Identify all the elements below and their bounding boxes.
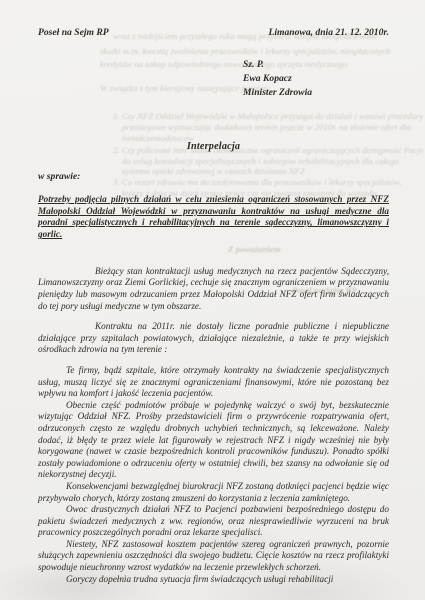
body-paragraph: Goryczy dopełnia trudna sytuacja firm św…	[38, 574, 389, 586]
body-paragraph: Kontraktu na 2011r. nie dostały liczne p…	[38, 321, 389, 356]
body-paragraph: Konsekwencjami bezwzględnej biurokracji …	[38, 481, 389, 504]
body-paragraph: Bieżący stan kontraktacji usług medyczny…	[38, 266, 389, 312]
addressee-title: Minister Zdrowia	[243, 86, 389, 100]
letter-body: Bieżący stan kontraktacji usług medyczny…	[38, 266, 389, 585]
letter-content: Poseł na Sejm RP Limanowa, dnia 21. 12. …	[0, 0, 425, 600]
body-paragraph: Obecnie część podmiotów próbuje w pojedy…	[38, 400, 389, 481]
sender-line: Poseł na Sejm RP	[38, 27, 109, 39]
body-paragraph: Niestety, NFZ zastosował kosztem pacjent…	[38, 539, 389, 574]
addressee-salutation: Sz. P.	[243, 58, 389, 72]
body-paragraph: Owoc drastycznych działań NFZ to Pacjenc…	[38, 504, 389, 539]
scanned-letter-page: wraz z nadejściem przyszłego roku mogą p…	[0, 0, 425, 600]
addressee-name: Ewa Kopacz	[243, 72, 389, 86]
dateline: Limanowa, dnia 21. 12. 2010r.	[269, 27, 389, 39]
letter-header: Poseł na Sejm RP Limanowa, dnia 21. 12. …	[38, 27, 389, 39]
subject-text: Potrzeby podjęcia pilnych działań w celu…	[38, 194, 389, 241]
subject-label: w sprawie:	[38, 171, 389, 183]
addressee-block: Sz. P. Ewa Kopacz Minister Zdrowia	[243, 58, 389, 100]
letter-heading: Interpelacja	[38, 141, 389, 153]
body-paragraph: Te firmy, bądź szpitale, które otrzymały…	[38, 365, 389, 400]
